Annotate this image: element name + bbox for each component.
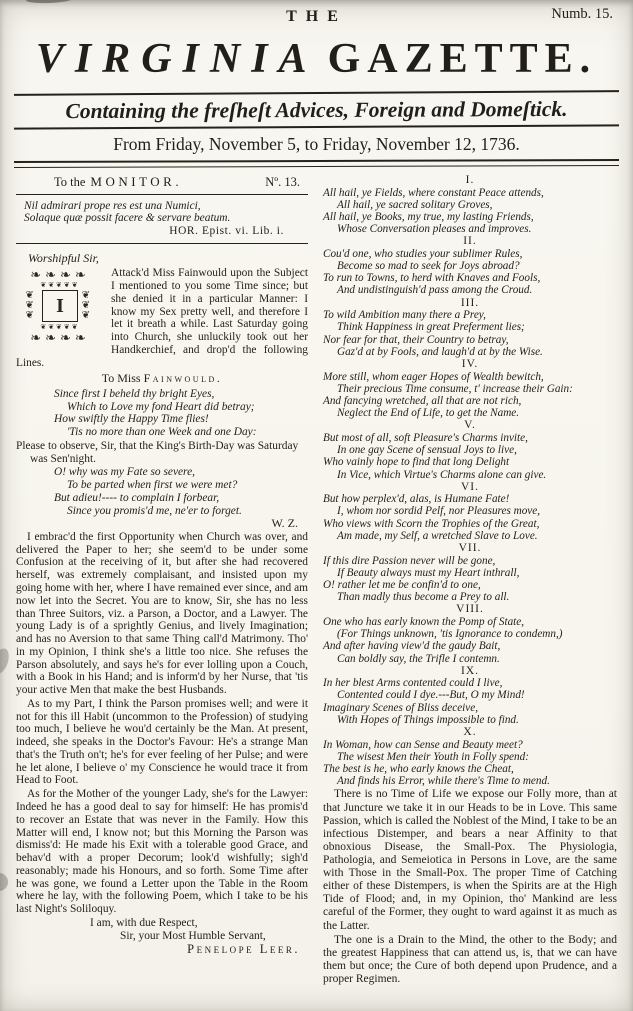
- poem-line: The wisest Men their Youth in Folly spen…: [323, 751, 617, 763]
- drop-cap-ornament: ❧❧❧❧ ❦❦❦ ❦❦❦❦❦ I ❦❦❦❦❦ ❦❦❦ ❧❧❧❧: [16, 268, 104, 344]
- poem-line: Can boldly say, the Trifle I contemn.: [323, 653, 617, 665]
- poem-line: In her blest Arms contented could I live…: [323, 677, 617, 689]
- fleuron-ornament-icon: ❦❦❦: [25, 291, 38, 321]
- fleuron-ornament-icon: ❦❦❦❦❦: [40, 281, 79, 289]
- poem-line: To run to Towns, to herd with Knaves and…: [323, 272, 617, 284]
- poem-line: In Vice, which Virtue's Charms alone can…: [323, 469, 617, 481]
- poem-line: Think Happiness in great Preferment lies…: [323, 321, 617, 333]
- stanza-numeral: IX.: [323, 665, 617, 678]
- essay-paragraph: There is no Time of Life we expose our F…: [323, 788, 617, 932]
- poem-line: Neglect the End of Life, to get the Name…: [323, 407, 617, 419]
- drop-cap-frame: ❦❦❦ ❦❦❦❦❦ I ❦❦❦❦❦ ❦❦❦: [16, 281, 104, 331]
- newspaper-page: THE Numb. 15. VIRGINIAGAZETTE. Containin…: [0, 0, 633, 1011]
- poem-line: Than madly thus become a Prey to all.: [323, 591, 617, 603]
- monitor-number: Nº. 13.: [265, 175, 306, 189]
- poem-signature: W. Z.: [16, 517, 308, 530]
- poem-line: And after having view'd the gaudy Bait,: [323, 640, 617, 652]
- closing-line: I am, with due Respect,: [16, 917, 308, 930]
- poem-line: But most of all, soft Pleasure's Charms …: [323, 432, 617, 444]
- poem-heading-pre: To Miss: [102, 371, 141, 385]
- monitor-heading-title: MONITOR.: [90, 175, 182, 190]
- epigraph-line: Solaque quæ possit facere & servare beat…: [24, 212, 306, 225]
- poem-line: Nor fear for that, their Country to betr…: [323, 334, 617, 346]
- letter-signature: Penelope Leer.: [16, 942, 308, 956]
- column-layout: To the MONITOR. Nº. 13. Nil admirari pro…: [0, 167, 633, 986]
- poem-line: With Hopes of Things impossible to find.: [323, 714, 617, 726]
- poem-line: And undistinguish'd pass among the Croud…: [323, 284, 617, 296]
- interjection-note: Please to observe, Sir, that the King's …: [16, 439, 308, 467]
- poem-stanza: O! why was my Fate so severe,To be parte…: [16, 466, 308, 517]
- letter-paragraph: As for the Mother of the younger Lady, s…: [16, 788, 308, 916]
- poem-line: All hail, ye Books, my true, my lasting …: [323, 211, 617, 223]
- poem-line: Who views with Scorn the Trophies of the…: [323, 518, 617, 530]
- dateline: From Friday, November 5, to Friday, Nove…: [0, 128, 633, 160]
- poem-line: To be parted when first we were met?: [54, 479, 308, 492]
- stanza-numeral: II.: [323, 235, 617, 248]
- poem-line: And fancying wretched, all that are not …: [323, 395, 617, 407]
- poem-line: And finds his Error, while there's Time …: [323, 775, 617, 787]
- drop-cap-letter: I: [42, 290, 78, 322]
- left-column: To the MONITOR. Nº. 13. Nil admirari pro…: [16, 174, 308, 986]
- masthead-the: THE: [286, 8, 347, 26]
- masthead-gazette: GAZETTE.: [328, 36, 598, 82]
- masthead-topline: THE Numb. 15.: [18, 8, 615, 30]
- ode-stanzas: I.All hail, ye Fields, where constant Pe…: [323, 174, 617, 787]
- poem-line: Which to Love my fond Heart did betray;: [54, 401, 308, 414]
- letter-paragraph: I embrac'd the first Opportunity when Ch…: [16, 531, 308, 697]
- poem-line: Since first I beheld thy bright Eyes,: [54, 388, 308, 401]
- poem-line: Their precious Time consume, t' increase…: [323, 383, 617, 395]
- poem-line: Gaz'd at by Fools, and laugh'd at by the…: [323, 346, 617, 358]
- poem-line: In Woman, how can Sense and Beauty meet?: [323, 739, 617, 751]
- epigraph-line: Nil admirari prope res est una Numici,: [24, 200, 306, 213]
- right-column: I.All hail, ye Fields, where constant Pe…: [323, 174, 617, 986]
- poem-line: The best is he, who early knows the Chea…: [323, 763, 617, 775]
- poem-line: If Beauty always must my Heart inthrall,: [323, 567, 617, 579]
- stanza-numeral: VII.: [323, 542, 617, 555]
- poem-line: In one gay Scene of sensual Joys to live…: [323, 444, 617, 456]
- poem-line: Imaginary Scenes of Bliss deceive,: [323, 702, 617, 714]
- poem-line: O! rather let me be confin'd to one,: [323, 579, 617, 591]
- epigraph-attribution: HOR. Epist. vi. Lib. i.: [24, 225, 306, 238]
- poem-heading-name: Fainwould.: [144, 371, 223, 385]
- scan-artifact: [26, 0, 72, 4]
- fleuron-ornament-icon: ❦❦❦: [82, 291, 95, 321]
- stanza-numeral: I.: [323, 174, 617, 187]
- poem-line: If this dire Passion never will be gone,: [323, 555, 617, 567]
- poem-line: Am made, my Self, a wretched Slave to Lo…: [323, 530, 617, 542]
- stanza-numeral: X.: [323, 726, 617, 739]
- stanza-numeral: IV.: [323, 358, 617, 371]
- fleuron-ornament-icon: ❧❧❧❧: [16, 331, 104, 344]
- poem-line: One who has early known the Pomp of Stat…: [323, 616, 617, 628]
- poem-line: I, whom nor sordid Pelf, nor Pleasures m…: [323, 505, 617, 517]
- poem-line: More still, whom eager Hopes of Wealth b…: [323, 371, 617, 383]
- poem-line: All hail, ye Fields, where constant Peac…: [323, 187, 617, 199]
- stanza-numeral: V.: [323, 419, 617, 432]
- poem-line: Contented could I dye.---But, O my Mind!: [323, 689, 617, 701]
- stanza-numeral: VI.: [323, 481, 617, 494]
- poem-line: To wild Ambition many there a Prey,: [323, 309, 617, 321]
- salutation: Worshipful Sir,: [16, 249, 308, 267]
- poem-heading: To Miss Fainwould.: [16, 369, 308, 387]
- poem-stanza: Since first I beheld thy bright Eyes,Whi…: [16, 388, 308, 439]
- monitor-heading: To the MONITOR. Nº. 13.: [16, 174, 308, 194]
- poem-line: But how perplex'd, alas, is Humane Fate!: [323, 493, 617, 505]
- stanza-numeral: III.: [323, 297, 617, 310]
- stanza-numeral: VIII.: [323, 603, 617, 616]
- poem-line: How swiftly the Happy Time flies!: [54, 413, 308, 426]
- monitor-heading-pre: To the: [54, 175, 85, 189]
- epigraph: Nil admirari prope res est una Numici, S…: [16, 194, 308, 244]
- essay-paragraph: The one is a Drain to the Mind, the othe…: [323, 934, 617, 986]
- poem-line: Cou'd one, who studies your sublimer Rul…: [323, 248, 617, 260]
- poem-line: Whose Conversation pleases and improves.: [323, 223, 617, 235]
- poem-line: All hail, ye sacred solitary Groves,: [323, 199, 617, 211]
- poem-line: 'Tis no more than one Week and one Day:: [54, 426, 308, 439]
- closing-line: Sir, your Most Humble Servant,: [16, 930, 308, 943]
- fleuron-ornament-icon: ❧❧❧❧: [16, 268, 104, 281]
- letter-paragraph: As to my Part, I think the Parson promis…: [16, 698, 308, 787]
- poem-line: O! why was my Fate so severe,: [54, 466, 308, 479]
- masthead-title: VIRGINIAGAZETTE.: [0, 35, 633, 83]
- poem-line: Who vainly hope to find that long Deligh…: [323, 456, 617, 468]
- masthead-virginia: VIRGINIA: [36, 36, 318, 82]
- poem-line: Become so mad to seek for Joys abroad?: [323, 260, 617, 272]
- poem-line: But adieu!---- to complain I forbear,: [54, 492, 308, 505]
- masthead-subtitle: Containing the freſheſt Advices, Foreign…: [0, 93, 633, 128]
- letter-paragraph: ❧❧❧❧ ❦❦❦ ❦❦❦❦❦ I ❦❦❦❦❦ ❦❦❦ ❧❧❧❧ Attack'd…: [16, 267, 308, 369]
- poem-line: (For Things unknown, 'tis Ignorance to c…: [323, 628, 617, 640]
- issue-number: Numb. 15.: [551, 6, 613, 23]
